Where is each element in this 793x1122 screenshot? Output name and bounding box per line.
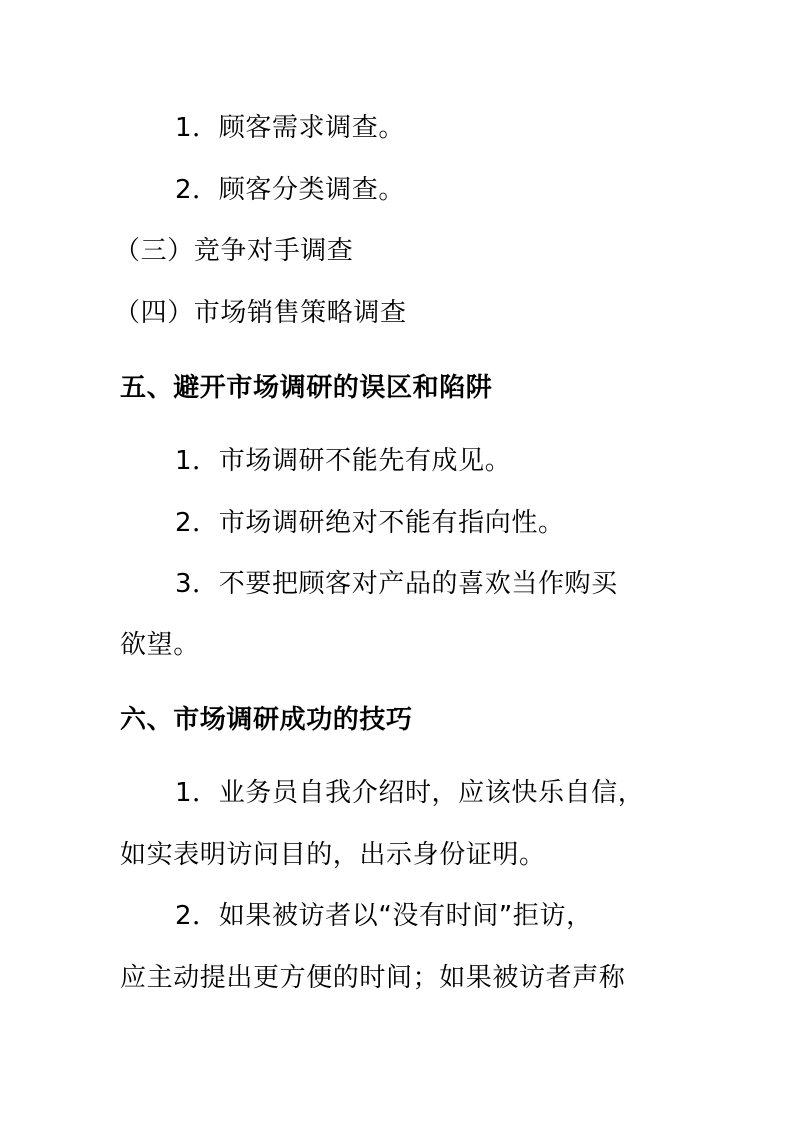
subsection-sales-strategy-survey: （四）市场销售策略调查: [114, 295, 407, 331]
paragraph-continuation: 欲望。: [120, 627, 200, 663]
list-item-customer-needs: 1．顾客需求调查。: [175, 110, 405, 146]
list-item-liking-vs-buying: 3．不要把顾客对产品的喜欢当作购买: [175, 566, 618, 602]
list-item-customer-classification: 2．顾客分类调查。: [175, 172, 405, 208]
section-heading-five: 五、避开市场调研的误区和陷阱: [120, 370, 492, 406]
list-item-self-introduction: 1．业务员自我介绍时，应该快乐自信，: [175, 775, 644, 811]
section-heading-six: 六、市场调研成功的技巧: [120, 702, 413, 738]
paragraph-continuation: 如实表明访问目的，出示身份证明。: [120, 837, 546, 873]
list-item-no-time-refusal: 2．如果被访者以“没有时间”拒访，: [175, 898, 593, 934]
subsection-competitor-survey: （三）竞争对手调查: [114, 233, 353, 269]
paragraph-continuation: 应主动提出更方便的时间；如果被访者声称: [120, 960, 625, 996]
list-item-no-prejudice: 1．市场调研不能先有成见。: [175, 443, 511, 479]
list-item-no-directivity: 2．市场调研绝对不能有指向性。: [175, 505, 565, 541]
